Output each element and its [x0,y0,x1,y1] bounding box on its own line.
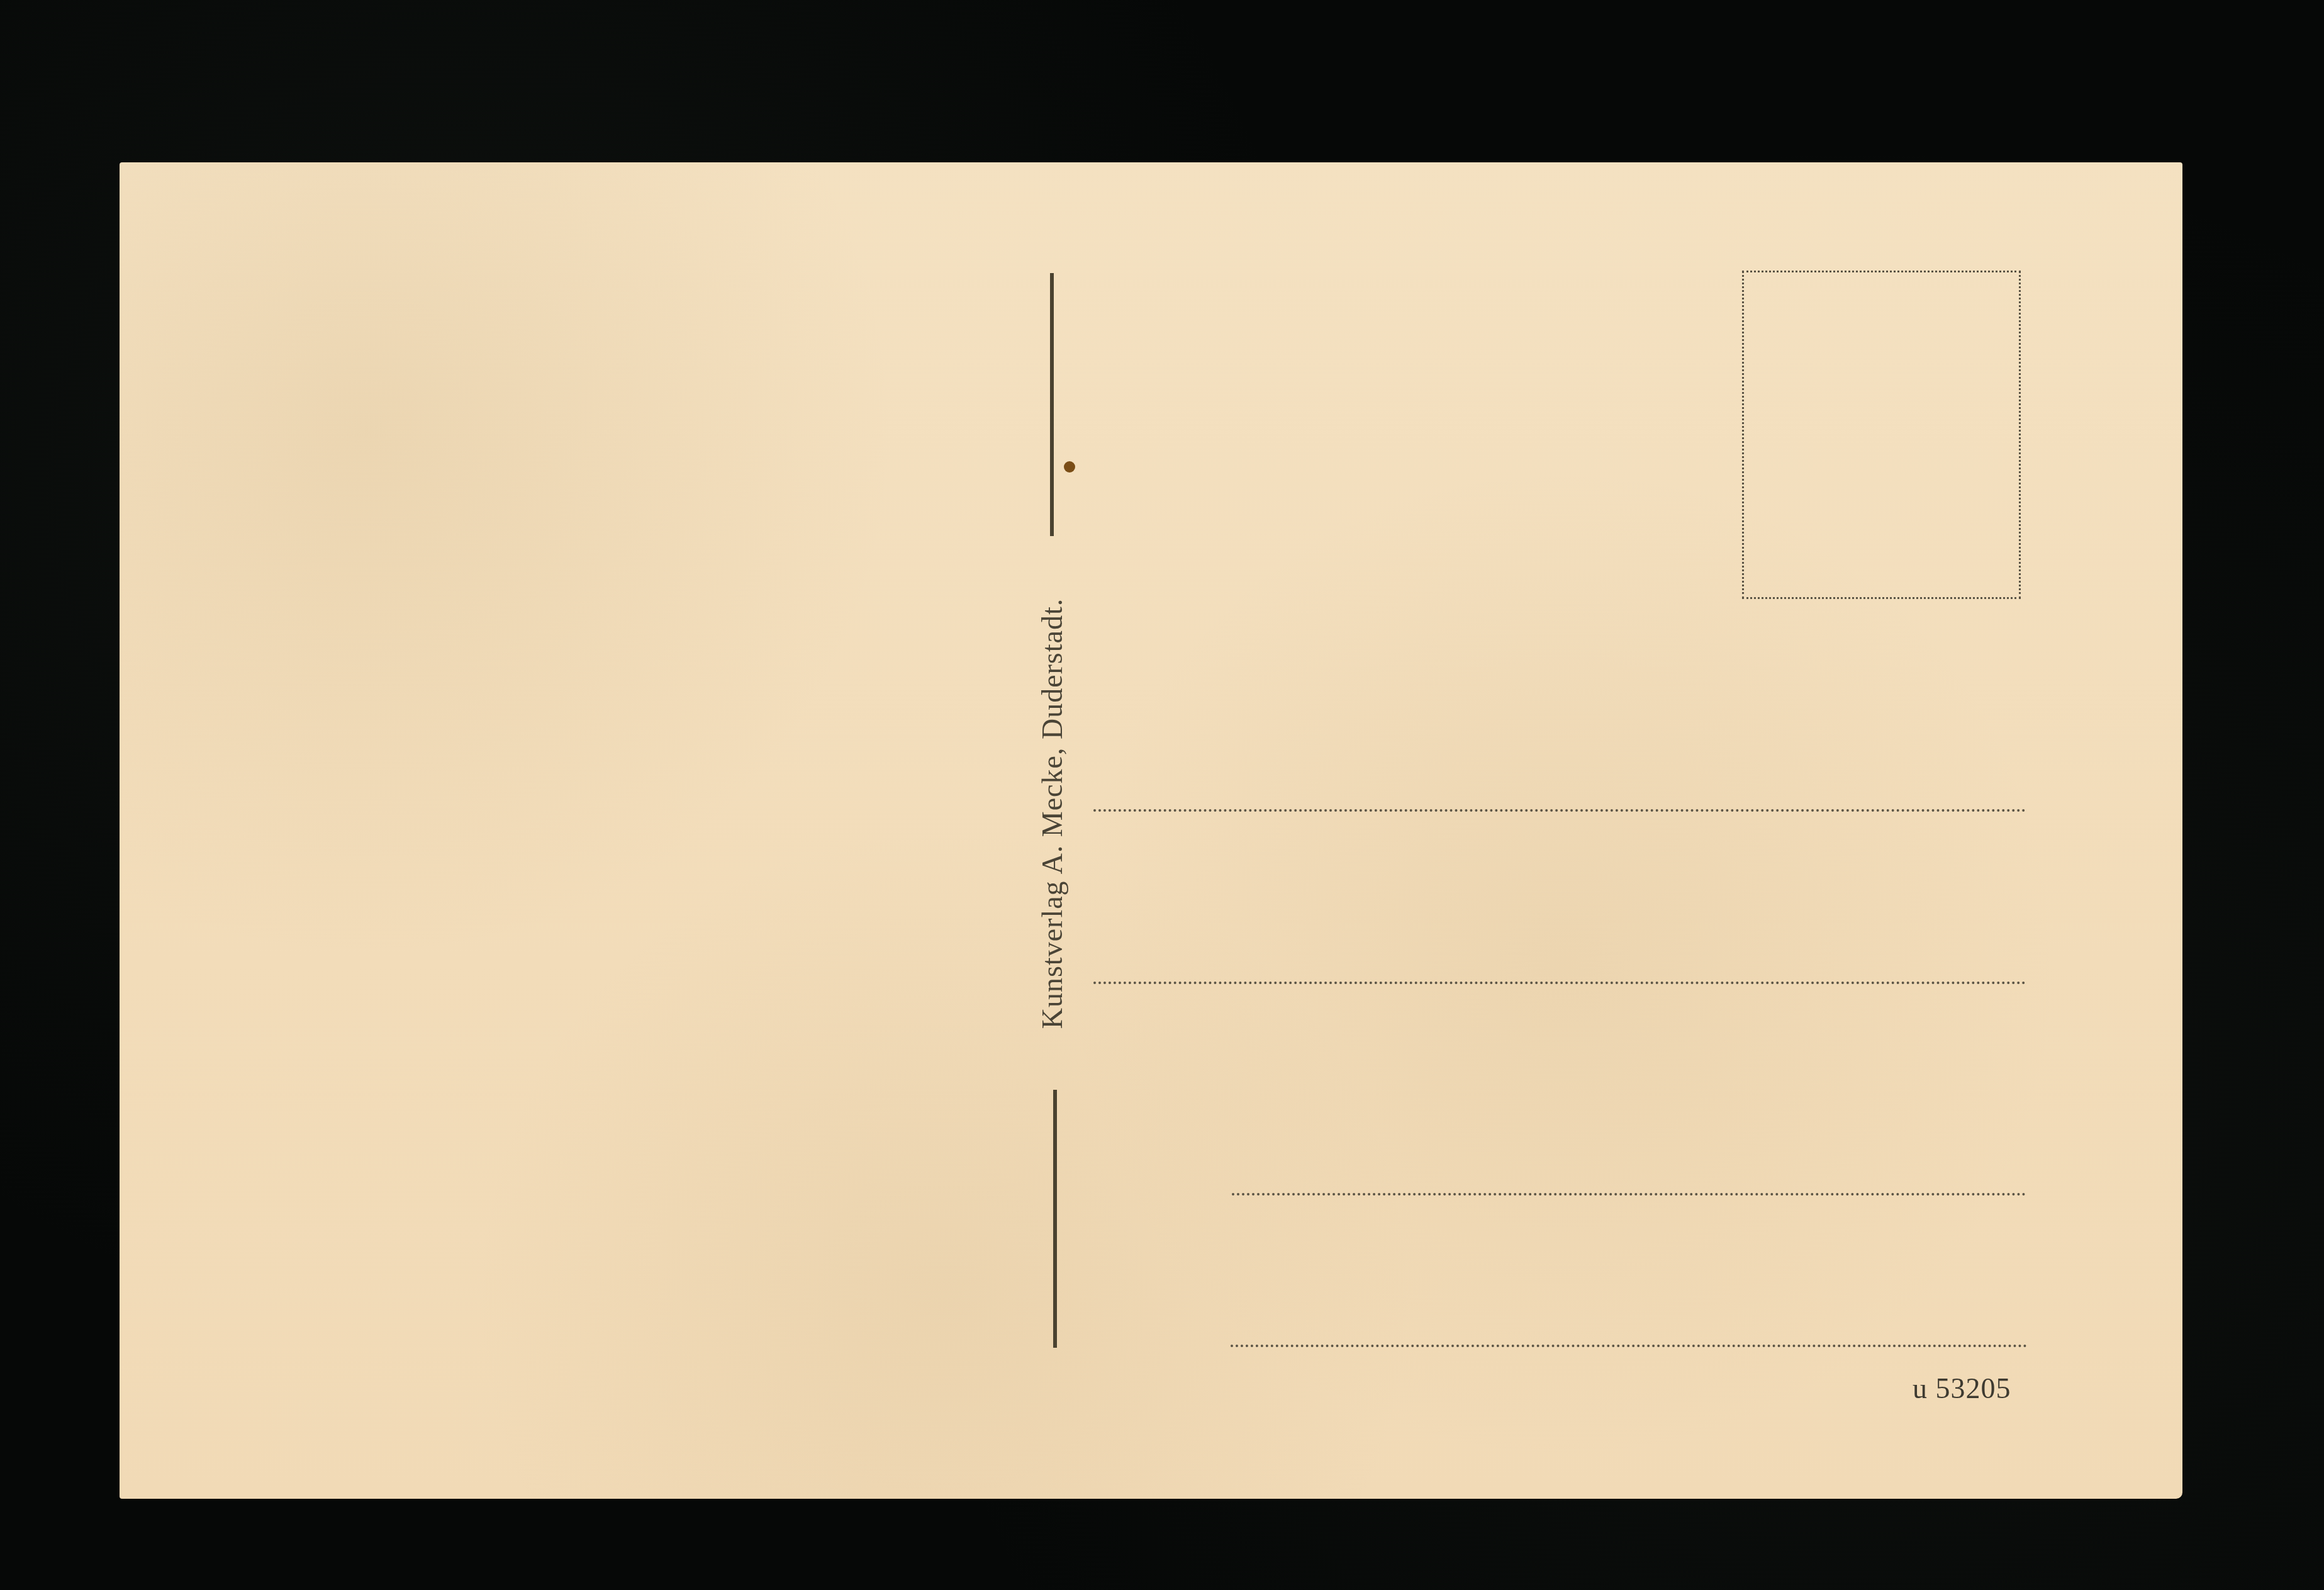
address-line-1 [1093,809,2026,812]
address-line-3 [1232,1193,2026,1195]
center-divider-top [1050,273,1054,536]
publisher-imprint: Kunstverlag A. Mecke, Duderstadt. [1036,598,1069,1029]
postcard-back: Kunstverlag A. Mecke, Duderstadt. u 5320… [120,162,2182,1499]
serial-number: u 53205 [1913,1372,2011,1405]
address-line-2 [1093,982,2026,984]
ink-stain [1064,461,1075,473]
center-divider-bottom [1053,1090,1057,1348]
address-line-4 [1231,1345,2027,1347]
stamp-placement-box [1742,271,2021,599]
